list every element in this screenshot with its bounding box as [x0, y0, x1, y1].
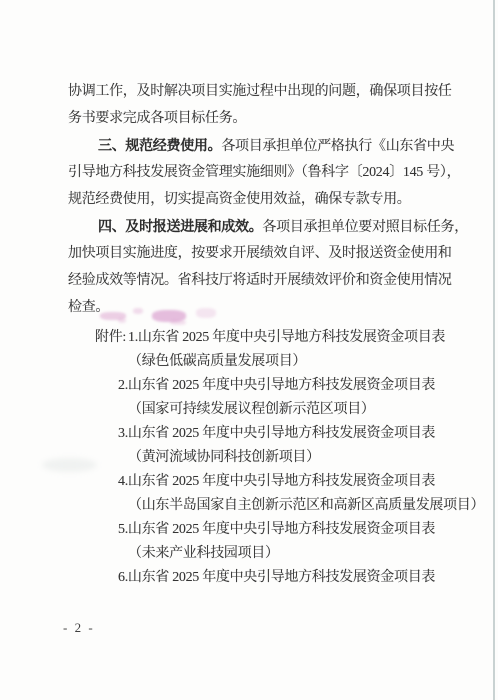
- attachment-line: 4.山东省 2025 年度中央引导地方科技发展资金项目表: [95, 470, 484, 494]
- stamp-bleed-dot: [118, 318, 126, 323]
- attachment-line: 5.山东省 2025 年度中央引导地方科技发展资金项目表: [95, 518, 484, 542]
- attachment-line: 2.山东省 2025 年度中央引导地方科技发展资金项目表: [95, 374, 484, 398]
- stamp-bleed-dot: [170, 320, 186, 325]
- body-line-text: 各项目承担单位严格执行《山东省中央: [221, 139, 454, 154]
- attachment-line: 附件:1.山东省 2025 年度中央引导地方科技发展资金项目表: [95, 326, 484, 350]
- attachment-subtitle-text: （山东半岛国家自主创新示范区和高新区高质量发展项目）: [128, 498, 484, 513]
- attachment-subtitle: （绿色低碳高质量发展项目）: [95, 350, 484, 374]
- scan-edge: [493, 0, 495, 700]
- body-line-text: 经验成效等情况。省科技厅将适时开展绩效评价和资金使用情况: [68, 273, 452, 288]
- attachment-subtitle: （山东半岛国家自主创新示范区和高新区高质量发展项目）: [95, 494, 484, 518]
- attachment-line: 6.山东省 2025 年度中央引导地方科技发展资金项目表: [95, 566, 484, 590]
- body-line-text: 引导地方科技发展资金管理实施细则》（鲁科字〔2024〕145 号），: [68, 165, 460, 180]
- body-line: 协调工作，及时解决项目实施过程中出现的问题，确保项目按任: [68, 78, 468, 105]
- attachment-title: 6.山东省 2025 年度中央引导地方科技发展资金项目表: [118, 570, 435, 585]
- attachment-subtitle-text: （未来产业科技园项目）: [128, 546, 279, 561]
- attachment-subtitle: （黄河流域协同科技创新项目）: [95, 446, 484, 470]
- page-number: - 2 -: [63, 620, 95, 636]
- body-line-text: 协调工作，及时解决项目实施过程中出现的问题，确保项目按任: [68, 84, 452, 99]
- attachment-title: 2.山东省 2025 年度中央引导地方科技发展资金项目表: [118, 378, 435, 393]
- stamp-bleed-dot: [196, 308, 216, 318]
- section-heading: 三、规范经费使用。: [98, 137, 221, 153]
- attachment-subtitle-text: （绿色低碳高质量发展项目）: [128, 354, 306, 369]
- body-line: 四、及时报送进展和成效。各项目承担单位要对照目标任务，: [68, 213, 468, 240]
- section-heading: 四、及时报送进展和成效。: [98, 218, 262, 234]
- attachment-subtitle-text: （黄河流域协同科技创新项目）: [128, 450, 320, 465]
- body-line: 三、规范经费使用。各项目承担单位严格执行《山东省中央: [68, 132, 468, 159]
- attachment-line: 3.山东省 2025 年度中央引导地方科技发展资金项目表: [95, 422, 484, 446]
- attachment-title: 1.山东省 2025 年度中央引导地方科技发展资金项目表: [128, 330, 445, 345]
- stamp-bleed-mark: [95, 305, 225, 327]
- attachment-label: 附件:: [95, 330, 126, 345]
- body-line: 引导地方科技发展资金管理实施细则》（鲁科字〔2024〕145 号），: [68, 159, 468, 186]
- attachment-title: 3.山东省 2025 年度中央引导地方科技发展资金项目表: [118, 426, 435, 441]
- stamp-bleed-dot: [133, 308, 143, 314]
- attachment-title: 5.山东省 2025 年度中央引导地方科技发展资金项目表: [118, 522, 435, 537]
- body-line: 规范经费使用，切实提高资金使用效益，确保专款专用。: [68, 186, 468, 213]
- document-page: 协调工作，及时解决项目实施过程中出现的问题，确保项目按任 务书要求完成各项目标任…: [0, 0, 498, 700]
- attachment-subtitle: （未来产业科技园项目）: [95, 542, 484, 566]
- attachment-list: 附件:1.山东省 2025 年度中央引导地方科技发展资金项目表 （绿色低碳高质量…: [95, 326, 484, 590]
- attachment-title: 4.山东省 2025 年度中央引导地方科技发展资金项目表: [118, 474, 435, 489]
- body-line-text: 加快项目实施进度，按要求开展绩效自评、及时报送资金使用和: [68, 246, 452, 261]
- body-line-text: 各项目承担单位要对照目标任务，: [262, 220, 468, 235]
- attachment-subtitle-text: （国家可持续发展议程创新示范区项目）: [128, 402, 375, 417]
- body-text: 协调工作，及时解决项目实施过程中出现的问题，确保项目按任 务书要求完成各项目标任…: [68, 78, 468, 321]
- body-line-text: 规范经费使用，切实提高资金使用效益，确保专款专用。: [68, 192, 411, 207]
- body-line-text: 务书要求完成各项目标任务。: [68, 111, 246, 126]
- body-line: 经验成效等情况。省科技厅将适时开展绩效评价和资金使用情况: [68, 267, 468, 294]
- scan-smudge: [42, 458, 97, 472]
- attachment-subtitle: （国家可持续发展议程创新示范区项目）: [95, 398, 484, 422]
- body-line: 务书要求完成各项目标任务。: [68, 105, 468, 132]
- body-line: 加快项目实施进度，按要求开展绩效自评、及时报送资金使用和: [68, 240, 468, 267]
